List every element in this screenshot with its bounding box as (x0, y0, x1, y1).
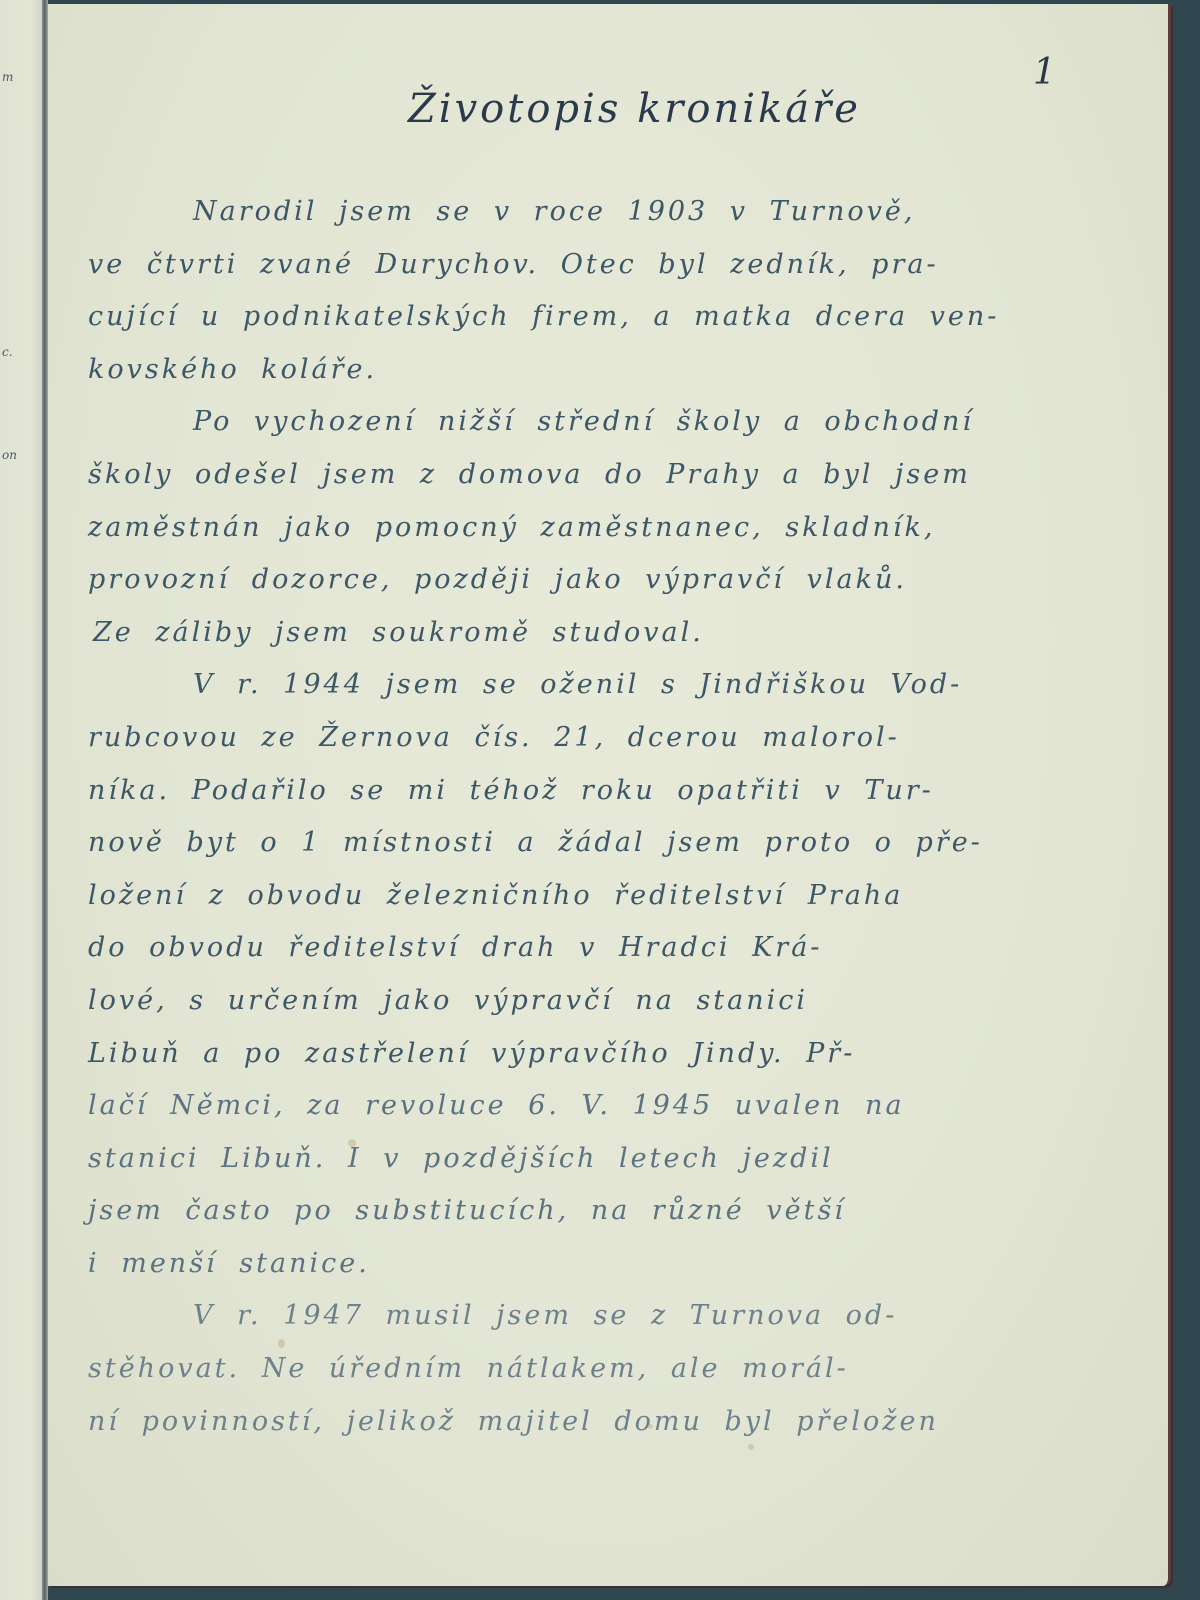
text-line: školy odešel jsem z domova do Prahy a by… (88, 449, 1108, 502)
text-line: nově byt o 1 místnosti a žádal jsem prot… (88, 817, 1108, 870)
left-page-text-fragment: m (2, 70, 13, 84)
chronicle-page: 1 Životopis kronikáře Narodil jsem se v … (48, 4, 1171, 1586)
text-line: provozní dozorce, později jako výpravčí … (88, 554, 1108, 607)
page-number: 1 (1033, 52, 1056, 93)
text-line: i menší stanice. (88, 1238, 1108, 1291)
handwritten-body: Narodil jsem se v roce 1903 v Turnově, v… (88, 186, 1108, 1448)
text-line: Ze záliby jsem soukromě studoval. (88, 607, 1108, 660)
left-page-edge: m c. on (0, 0, 44, 1600)
text-line: Libuň a po zastřelení výpravčího Jindy. … (88, 1028, 1108, 1081)
text-line: lové, s určením jako výpravčí na stanici (88, 975, 1108, 1028)
text-line: do obvodu ředitelství drah v Hradci Krá- (88, 922, 1108, 975)
text-line: Po vychození nižší střední školy a obcho… (88, 396, 1108, 449)
text-line: lačí Němci, za revoluce 6. V. 1945 uvale… (88, 1080, 1108, 1133)
text-line: V r. 1947 musil jsem se z Turnova od- (88, 1290, 1108, 1343)
page-title: Životopis kronikáře (408, 86, 861, 132)
text-line: jsem často po substitucích, na různé vět… (88, 1185, 1108, 1238)
text-line: stanici Libuň. I v pozdějších letech jez… (88, 1133, 1108, 1186)
text-line: ložení z obvodu železničního ředitelství… (88, 870, 1108, 923)
scanned-book-spread: m c. on 1 Životopis kronikáře Narodil js… (0, 0, 1200, 1600)
text-line: V r. 1944 jsem se oženil s Jindřiškou Vo… (88, 659, 1108, 712)
text-line: cující u podnikatelských firem, a matka … (88, 291, 1108, 344)
text-line: zaměstnán jako pomocný zaměstnanec, skla… (88, 502, 1108, 555)
text-line: ve čtvrti zvané Durychov. Otec byl zední… (88, 239, 1108, 292)
text-line: Narodil jsem se v roce 1903 v Turnově, (88, 186, 1108, 239)
left-page-text-fragment: c. (2, 345, 13, 359)
left-page-text-fragment: on (2, 448, 17, 462)
text-line: kovského koláře. (88, 344, 1108, 397)
text-line: stěhovat. Ne úředním nátlakem, ale morál… (88, 1343, 1108, 1396)
text-line: níka. Podařilo se mi téhož roku opatřiti… (88, 765, 1108, 818)
text-line: ní povinností, jelikož majitel domu byl … (88, 1396, 1108, 1449)
text-line: rubcovou ze Žernova čís. 21, dcerou malo… (88, 712, 1108, 765)
